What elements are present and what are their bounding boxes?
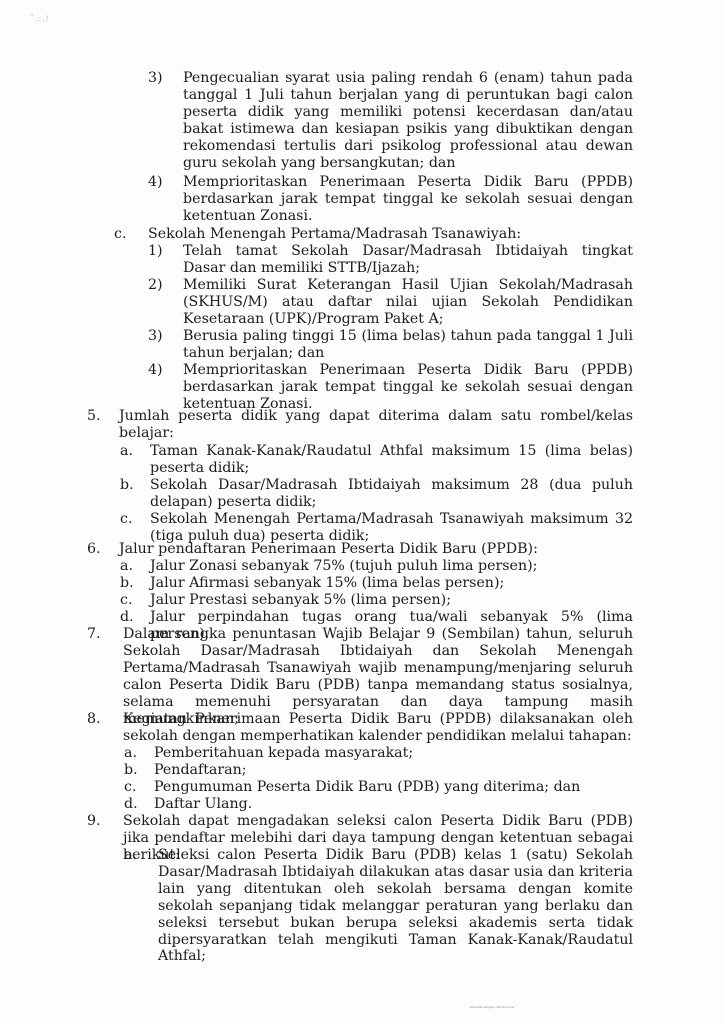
- item-marker: d.: [120, 609, 134, 626]
- item-marker: c.: [120, 511, 132, 528]
- item-text: Taman Kanak-Kanak/Raudatul Athfal maksim…: [150, 443, 633, 477]
- item-text: Kegiatan Penerimaan Peserta Didik Baru (…: [123, 711, 633, 745]
- item-text: Jumlah peserta didik yang dapat diterima…: [119, 408, 633, 442]
- item-marker: a.: [120, 558, 133, 575]
- item-marker: c.: [124, 779, 136, 796]
- item-text: Telah tamat Sekolah Dasar/Madrasah Ibtid…: [183, 243, 633, 277]
- item-marker: d.: [124, 796, 138, 813]
- item-marker: c.: [114, 226, 126, 243]
- item-marker: a.: [124, 847, 137, 864]
- item-marker: a.: [124, 745, 137, 762]
- item-text: Pengumuman Peserta Didik Baru (PDB) yang…: [154, 779, 633, 796]
- item-text: Pengecualian syarat usia paling rendah 6…: [183, 70, 633, 171]
- item-text: Berusia paling tinggi 15 (lima belas) ta…: [183, 328, 633, 362]
- item-text: Pemberitahuan kepada masyarakat;: [154, 745, 633, 762]
- item-text: Seleksi calon Peserta Didik Baru (PDB) k…: [158, 847, 633, 965]
- item-text: Sekolah Menengah Pertama/Madrasah Tsanaw…: [148, 226, 633, 243]
- scan-artifact: ˇ.:,/: [30, 14, 49, 23]
- item-marker: 8.: [87, 711, 101, 728]
- item-marker: 5.: [87, 408, 101, 425]
- item-text: Jalur Prestasi sebanyak 5% (lima persen)…: [150, 592, 633, 609]
- item-text: Memprioritaskan Penerimaan Peserta Didik…: [183, 362, 633, 413]
- item-marker: 2): [148, 277, 163, 294]
- item-text: Daftar Ulang.: [154, 796, 633, 813]
- item-marker: 4): [148, 362, 163, 379]
- item-marker: b.: [120, 477, 134, 494]
- item-text: Sekolah Dasar/Madrasah Ibtidaiyah maksim…: [150, 477, 633, 511]
- item-marker: 7.: [87, 626, 101, 643]
- item-text: Memprioritaskan Penerimaan Peserta Didik…: [183, 174, 633, 225]
- item-text: Pendaftaran;: [154, 762, 633, 779]
- document-page: ˇ.:,/ 3) Pengecualian syarat usia paling…: [0, 0, 724, 1024]
- item-text: Sekolah Menengah Pertama/Madrasah Tsanaw…: [150, 511, 633, 545]
- item-marker: 4): [148, 174, 163, 191]
- item-marker: b.: [124, 762, 138, 779]
- item-marker: 3): [148, 328, 163, 345]
- item-marker: 6.: [87, 541, 101, 558]
- item-text: Jalur Afirmasi sebanyak 15% (lima belas …: [150, 575, 633, 592]
- item-text: Jalur pendaftaran Penerimaan Peserta Did…: [119, 541, 633, 558]
- item-marker: 1): [148, 243, 163, 260]
- scanner-watermark: Dipindai dengan CamScanner: [470, 1005, 515, 1009]
- item-marker: 3): [148, 70, 163, 87]
- item-marker: 9.: [87, 813, 101, 830]
- item-text: Jalur Zonasi sebanyak 75% (tujuh puluh l…: [150, 558, 633, 575]
- item-marker: c.: [120, 592, 132, 609]
- item-marker: a.: [120, 443, 133, 460]
- item-marker: b.: [120, 575, 134, 592]
- item-text: Memiliki Surat Keterangan Hasil Ujian Se…: [183, 277, 633, 328]
